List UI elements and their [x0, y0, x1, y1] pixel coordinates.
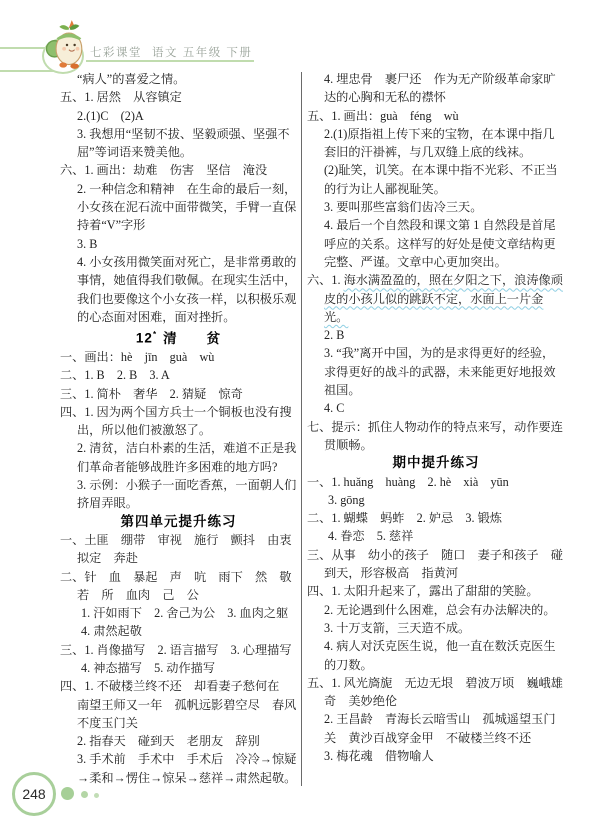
answer-line: 六、1. 画出：劫难 伤害 坚信 淹没	[60, 161, 297, 179]
egg-mascot-icon	[46, 18, 88, 70]
answer-line: 2. B	[324, 326, 565, 344]
answer-line: 五、1. 风光旖旎 无边无垠 碧波万顷 巍峨雄奇 美妙绝伦	[307, 674, 565, 711]
answer-line: 2.(1)原指祖上传下来的宝物，在本课中指几套旧的汗褂裤，与几双缝上底的线袜。	[324, 125, 565, 162]
decorative-dot-icon	[94, 793, 99, 798]
answer-line: 1. 汗如雨下 2. 舍己为公 3. 血肉之躯	[81, 604, 297, 622]
answer-line: 4. 病人对沃克医生说，他一直在数沃克医生的刀数。	[324, 637, 565, 674]
answer-line: 4. C	[324, 399, 565, 417]
answer-line: 4. 神态描写 5. 动作描写	[81, 659, 297, 677]
answer-line: 二、1. B 2. B 3. A	[60, 366, 297, 384]
header-underline	[86, 60, 254, 62]
answer-line: 4. 埋忠骨 裹尸还 作为无产阶级革命家旷达的心胸和无私的襟怀	[324, 70, 565, 107]
subject-info: 语文 五年级 下册	[152, 47, 252, 59]
answer-line: 3. 要叫那些富翁们齿冷三天。	[324, 198, 565, 216]
answer-line: 4. 眷恋 5. 慈祥	[328, 527, 565, 545]
right-column: 4. 埋忠骨 裹尸还 作为无产阶级革命家旷达的心胸和无私的襟怀五、1. 画出：g…	[307, 70, 565, 765]
decorative-dot-icon	[61, 787, 74, 800]
answer-line: 2. 清贫，洁白朴素的生活，难道不正是我们革命者能够战胜许多困难的地方吗?	[77, 439, 297, 476]
answer-line: 一、1. huǎng huàng 2. hè xià yūn	[307, 473, 565, 491]
left-column: “病人”的喜爱之情。五、1. 居然 从容镇定2.(1)C (2)A3. 我想用“…	[60, 70, 297, 787]
answer-line: 3. 手术前 手术中 手术后 冷冷→惊疑→柔和→愣住→惊呆→慈祥→肃然起敬。	[77, 750, 297, 787]
answer-line: (2)耻笑，讥笑。在本课中指不光彩、不正当的行为让人鄙视耻笑。	[324, 161, 565, 198]
answer-line: 七、提示：抓住人物动作的特点来写，动作要连贯顺畅。	[307, 418, 565, 455]
answer-line: 二、1. 蝴蝶 蚂蚱 2. 妒忌 3. 锻炼	[307, 509, 565, 527]
answer-line: 3. 示例：小猴子一面吃香蕉，一面朝人们挤眉弄眼。	[77, 476, 297, 513]
answer-line: 三、1. 肖像描写 2. 语言描写 3. 心理描写	[60, 641, 297, 659]
answer-line: 四、1. 因为两个国方兵士一个铜板也没有搜出，所以他们被激怒了。	[60, 403, 297, 440]
answer-line: 4. 肃然起敬	[81, 622, 297, 640]
answer-line: 三、1. 简朴 奢华 2. 猜疑 惊奇	[60, 385, 297, 403]
answer-line: 三、从事 幼小的孩子 随口 妻子和孩子 碰到天，形容极高 指黄河	[307, 546, 565, 583]
answer-line: 五、1. 居然 从容镇定	[60, 88, 297, 106]
answer-line: 四、1. 不破楼兰终不还 却看妻子愁何在 南望王师又一年 孤帆远影碧空尽 春风不…	[60, 677, 297, 732]
answer-line: 2.(1)C (2)A	[77, 107, 297, 125]
lesson-heading: 12*清 贫	[60, 326, 297, 348]
series-name: 七彩课堂	[90, 47, 142, 59]
answer-line: 3. 梅花魂 借物喻人	[324, 747, 565, 765]
answer-line: 3. “我”离开中国，为的是求得更好的经验，求得更好的战斗的武器，未来能更好地报…	[324, 344, 565, 399]
answer-line: 六、1. 海水满盈盈的，照在夕阳之下，浪涛像顽皮的小孩儿似的跳跃不定，水面上一片…	[307, 271, 565, 326]
answer-line: 四、1. 太阳升起来了，露出了甜甜的笑脸。	[307, 582, 565, 600]
section-heading: 期中提升练习	[307, 454, 565, 472]
answer-line: 2. 无论遇到什么困难，总会有办法解决的。	[324, 601, 565, 619]
page-number: 248	[22, 786, 45, 802]
answer-line: 3. B	[77, 235, 297, 253]
answer-line: 4. 小女孩用微笑面对死亡，是非常勇敢的事情，她值得我们敬佩。在现实生活中，我们…	[77, 253, 297, 326]
answer-line: 五、1. 画出：guà féng wù	[307, 107, 565, 125]
answer-line: 2. 指春天 碰到天 老朋友 辞别	[77, 732, 297, 750]
page-number-badge: 248	[12, 772, 56, 816]
brand-text: 七彩课堂语文 五年级 下册	[90, 44, 252, 60]
section-heading: 第四单元提升练习	[60, 513, 297, 531]
answer-line: 一、土匪 绷带 审视 施行 颤抖 由衷 拟定 奔赴	[60, 531, 297, 568]
answer-line: 二、针 血 暴起 声 吭 雨下 然 敬 若 所 血肉 己 公	[60, 568, 297, 605]
answer-line: 2. 一种信念和精神 在生命的最后一刻，小女孩在泥石流中面带微笑，手臂一直保持着…	[77, 180, 297, 235]
answer-line: 4. 最后一个自然段和课文第 1 自然段是首尾呼应的关系。这样写的好处是使文章结…	[324, 216, 565, 271]
answer-line: 一、画出：hè jīn guà wù	[60, 348, 297, 366]
decorative-dot-icon	[81, 791, 88, 798]
answer-line: 3. 我想用“坚韧不拔、坚毅顽强、坚强不屈”等词语来赞美他。	[77, 125, 297, 162]
column-divider	[301, 72, 302, 786]
answer-line: “病人”的喜爱之情。	[77, 70, 297, 88]
answer-line: 3. gōng	[328, 491, 565, 509]
answer-line: 2. 王昌龄 青海长云暗雪山 孤城遥望玉门关 黄沙百战穿金甲 不破楼兰终不还	[324, 710, 565, 747]
answer-line: 3. 十万支箭，三天造不成。	[324, 619, 565, 637]
